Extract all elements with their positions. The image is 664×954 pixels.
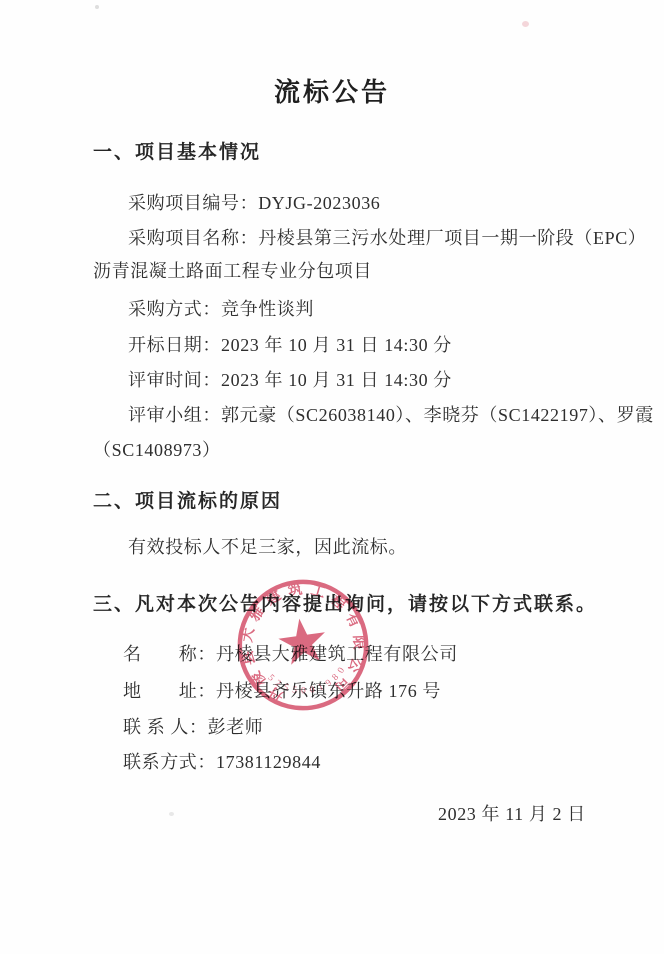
review-time-line: 评审时间：2023 年 10 月 31 日 14:30 分 [128, 366, 452, 392]
procurement-method-line: 采购方式：竞争性谈判 [128, 295, 314, 321]
scanned-announcement-page: 流标公告 一、项目基本情况 采购项目编号：DYJG-2023036 采购项目名称… [0, 0, 664, 954]
bid-opening-date-line: 开标日期：2023 年 10 月 31 日 14:30 分 [128, 331, 452, 357]
project-number-line: 采购项目编号：DYJG-2023036 [128, 189, 380, 215]
project-name-line-2: 沥青混凝土路面工程专业分包项目 [93, 257, 372, 283]
scan-speck [169, 812, 174, 816]
failure-reason-line: 有效投标人不足三家，因此流标。 [128, 533, 407, 559]
project-name-line-1: 采购项目名称：丹棱县第三污水处理厂项目一期一阶段（EPC） [128, 224, 646, 250]
review-panel-line-1: 评审小组：郭元豪（SC26038140）、李晓芬（SC1422197）、罗霞 [128, 401, 654, 427]
section-1-heading: 一、项目基本情况 [93, 137, 261, 164]
section-3-heading: 三、凡对本次公告内容提出询问，请按以下方式联系。 [93, 589, 597, 616]
announcement-date: 2023 年 11 月 2 日 [438, 800, 586, 826]
scan-speck [522, 21, 529, 27]
review-panel-line-2: （SC1408973） [93, 436, 221, 462]
section-2-heading: 二、项目流标的原因 [93, 486, 282, 513]
contact-phone-line: 联系方式：17381129844 [123, 748, 321, 774]
contact-company-line: 名 称：丹棱县大雅建筑工程有限公司 [123, 640, 458, 666]
contact-person-line: 联 系 人：彭老师 [123, 713, 263, 739]
scan-speck [95, 5, 99, 9]
page-title: 流标公告 [0, 72, 664, 109]
contact-address-line: 地 址：丹棱县齐乐镇东升路 176 号 [123, 677, 441, 703]
